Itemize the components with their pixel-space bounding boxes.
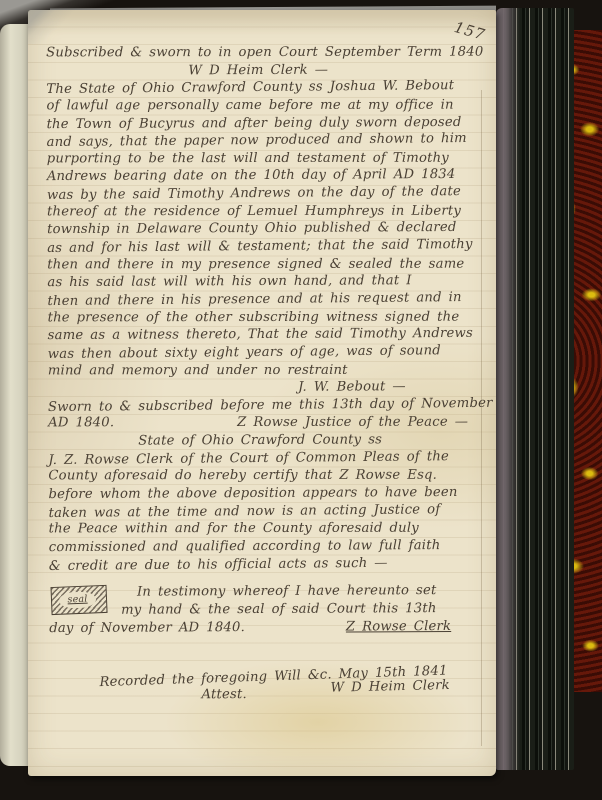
manuscript-line: my hand & the seal of said Court this 13… — [121, 600, 473, 619]
closing-date: day of November AD 1840. — [49, 619, 245, 638]
right-margin-rule — [481, 90, 482, 746]
seal-label: seal — [59, 591, 97, 608]
seal-drawing: seal — [50, 585, 107, 615]
page-corner-shadow — [28, 10, 98, 44]
handwritten-text: Subscribed & sworn to in open Court Sept… — [46, 43, 474, 761]
manuscript-line: as and for his last will & testament; th… — [47, 236, 471, 258]
manuscript-line: mind and memory and under no restraint — [48, 361, 472, 379]
deposition-body: Subscribed & sworn to in open Court Sept… — [46, 43, 473, 574]
clerk-signature: Z Rowse Clerk — [346, 618, 451, 636]
manuscript-line: In testimony whereof I have hereunto set — [137, 582, 473, 601]
manuscript-line: County aforesaid do hereby certify that … — [48, 467, 472, 485]
manuscript-line: then and there in my presence signed & s… — [47, 255, 471, 273]
manuscript-line: the presence of the other subscribing wi… — [48, 308, 472, 326]
page-number: 157 — [452, 18, 487, 44]
clerk-signature: W D Heim Clerk — [330, 677, 450, 697]
manuscript-line: the Peace within and for the County afor… — [49, 520, 473, 538]
manuscript-line: The State of Ohio Crawford County ss Jos… — [46, 77, 470, 99]
manuscript-line: of lawful age personally came before me … — [46, 97, 470, 115]
manuscript-line: then and there in his presence and at hi… — [47, 289, 471, 311]
photographed-record-book: { "page_number": "157", "paper_color": "… — [0, 0, 602, 800]
manuscript-line: day of November AD 1840. Z Rowse Clerk — [49, 617, 473, 637]
manuscript-line: thereof at the residence of Lemuel Humph… — [47, 202, 471, 220]
stacked-page-edges — [496, 8, 574, 770]
attest-label: Attest. — [201, 686, 246, 704]
manuscript-line: was then about sixty eight years of age,… — [48, 342, 472, 364]
manuscript-line: AD 1840.Z Rowse Justice of the Peace — — [48, 414, 472, 432]
manuscript-page: 157 Subscribed & sworn to in open Court … — [28, 10, 496, 776]
manuscript-line: & credit are due to his official acts as… — [49, 554, 473, 576]
manuscript-line: purporting to be the last will and testa… — [47, 149, 471, 167]
manuscript-line: Subscribed & sworn to in open Court Sept… — [46, 44, 470, 62]
manuscript-line: was by the said Timothy Andrews on the d… — [47, 183, 471, 205]
recording-note-block: Recorded the foregoing Will &c. May 15th… — [49, 667, 473, 705]
testimony-block: seal In testimony whereof I have hereunt… — [49, 582, 473, 637]
left-page-fore-edge — [0, 24, 30, 766]
manuscript-line: and says, that the paper now produced an… — [47, 130, 471, 152]
